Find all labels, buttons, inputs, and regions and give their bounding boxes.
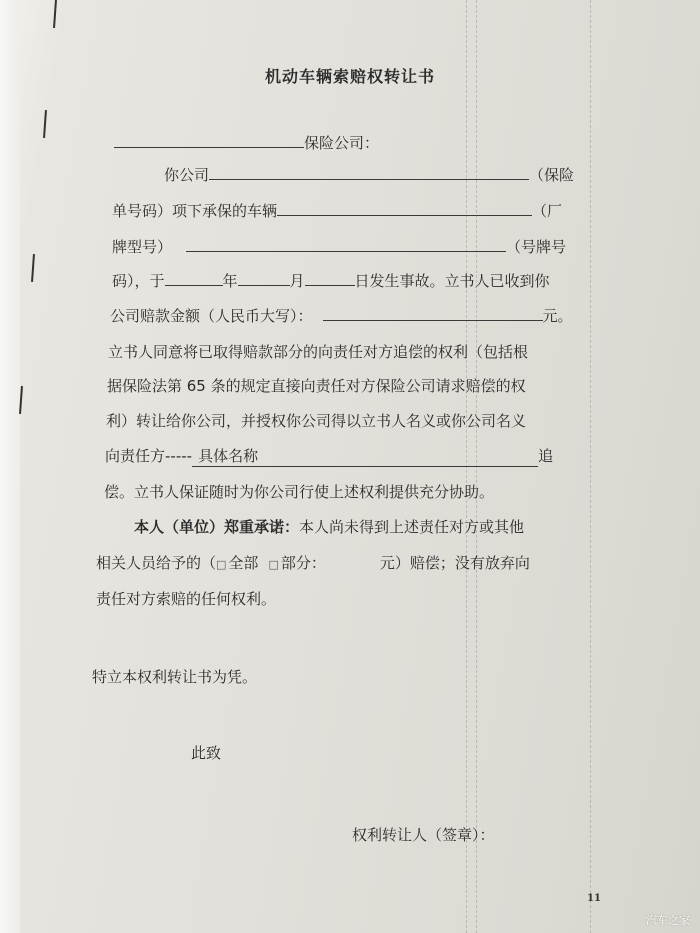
addressee-line: 保险公司：: [114, 133, 379, 153]
accident-year-field[interactable]: [165, 271, 223, 286]
para2-line5: 偿。立书人保证随时为你公司行使上述权利提供充分协助。: [104, 482, 494, 502]
watermark: 汽车之家: [646, 912, 690, 928]
para3-line2: 相关人员给予的（□全部□部分：元）赔偿；没有放弃向: [96, 553, 530, 575]
label: 单号码）项下承保的车辆: [112, 202, 277, 220]
label: 全部: [228, 554, 258, 572]
document-title: 机动车辆索赔权转让书: [0, 64, 700, 87]
label: 部分：: [281, 554, 326, 572]
document-page: 机动车辆索赔权转让书 保险公司： 你公司（保险 单号码）项下承保的车辆（厂 牌型…: [0, 0, 700, 933]
para2-line1: 立书人同意将已取得赔款部分的向责任对方追偿的权利（包括根: [108, 342, 528, 362]
label: （保险: [529, 166, 574, 184]
label: 本人尚未得到上述责任对方或其他: [299, 518, 524, 536]
para1-line1: 你公司（保险: [164, 165, 574, 185]
checkbox-partial[interactable]: □: [268, 558, 278, 571]
addressee-label: 保险公司：: [304, 134, 379, 152]
accident-day-field[interactable]: [305, 271, 355, 286]
para1-line5: 公司赔款金额（人民币大写）：元。: [110, 306, 573, 326]
para1-line2: 单号码）项下承保的车辆（厂: [112, 201, 562, 221]
para1-line4: 码），于年月日发生事故。立书人已收到你: [112, 271, 550, 291]
label: 元）赔偿；没有放弃向: [380, 554, 530, 572]
label: （号牌号: [506, 238, 566, 256]
para3-line3: 责任对方索赔的任何权利。: [96, 589, 276, 609]
vehicle-model-field[interactable]: [277, 201, 532, 216]
checkbox-all[interactable]: □: [216, 558, 226, 571]
closing-line: 特立本权利转让书为凭。: [92, 667, 257, 687]
para2-line3: 利）转让给你公司，并授权你公司得以立书人名义或你公司名义: [106, 411, 526, 431]
liable-party-field[interactable]: 具体名称: [192, 446, 538, 467]
label: 码），于: [112, 272, 165, 290]
label: 元。: [543, 307, 573, 325]
accident-month-field[interactable]: [238, 271, 290, 286]
para2-line4: 向责任方-----具体名称追: [105, 446, 553, 467]
commitment-heading: 本人（单位）郑重承诺：: [134, 518, 299, 536]
claim-amount-field[interactable]: [323, 306, 543, 321]
label: 向责任方-----: [105, 447, 192, 465]
label: 年: [223, 272, 238, 290]
label: 相关人员给予的（: [96, 554, 216, 572]
label: 月: [290, 272, 305, 290]
para1-line3: 牌型号）（号牌号: [112, 237, 566, 257]
label: 追: [538, 447, 553, 465]
label: 日发生事故。立书人已收到你: [355, 272, 550, 290]
label: 你公司: [164, 166, 209, 184]
signature-label: 权利转让人（签章）：: [352, 825, 495, 845]
policy-number-field[interactable]: [209, 165, 529, 180]
page-number: 11: [587, 893, 601, 904]
label: 牌型号）: [112, 238, 172, 256]
salutation: 此致: [191, 743, 221, 763]
insurer-name-field[interactable]: [114, 133, 304, 148]
plate-number-field[interactable]: [186, 237, 506, 252]
para3-line1: 本人（单位）郑重承诺：本人尚未得到上述责任对方或其他: [134, 517, 524, 537]
para2-line2: 据保险法第 65 条的规定直接向责任对方保险公司请求赔偿的权: [107, 376, 526, 396]
label: （厂: [532, 202, 562, 220]
label: 公司赔款金额（人民币大写）：: [110, 307, 313, 325]
